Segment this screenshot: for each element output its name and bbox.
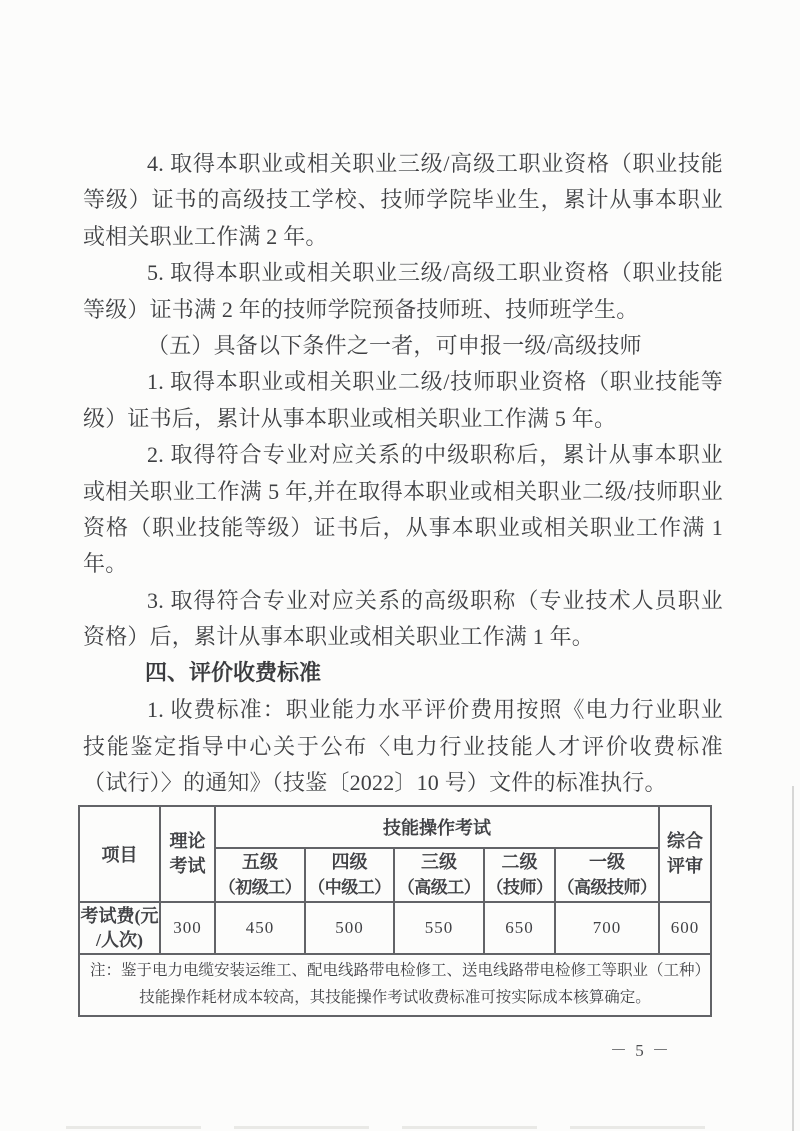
paragraph-item-5: 5. 取得本职业或相关职业三级/高级工职业资格（职业技能等级）证书满 2 年的技… (83, 255, 723, 328)
scan-artifact-bottom-edge (66, 1126, 726, 1129)
paragraph-fee-standard: 1. 收费标准：职业能力水平评价费用按照《电力行业职业技能鉴定指导中心关于公布〈… (83, 692, 723, 801)
fee-standard-table: 项目 理论 考试 技能操作考试 综合 评审 五级 （初级工） 四级 （ (78, 805, 712, 1017)
paragraph-item-4: 4. 取得本职业或相关职业三级/高级工职业资格（职业技能等级）证书的高级技工学校… (83, 146, 723, 255)
page-number: － 5 － (610, 1036, 671, 1061)
table-cell-level1-fee: 700 (555, 902, 659, 954)
table-note: 注：鉴于电力电缆安装运维工、配电线路带电检修工、送电线路带电检修工等职业（工种）… (79, 954, 711, 1016)
table-header-theory-exam: 理论 考试 (160, 806, 215, 902)
table-header-item: 项目 (79, 806, 160, 902)
paragraph-subsection-5: （五）具备以下条件之一者，可申报一级/高级技师 (83, 328, 723, 364)
table-header-review-line1: 综合 (660, 829, 710, 854)
table-cell-level3-fee: 550 (394, 902, 484, 954)
scan-artifact-right-edge (792, 786, 794, 1131)
table-header-level-4: 四级 （中级工） (305, 848, 394, 902)
table-header-skill-exam: 技能操作考试 (215, 806, 659, 848)
table-cell-theory-fee: 300 (160, 902, 215, 954)
table-header-theory-line2: 考试 (161, 854, 214, 879)
table-note-line1: 注：鉴于电力电缆安装运维工、配电线路带电检修工、送电线路带电检修工等职业（工种） (84, 957, 706, 984)
paragraph-condition-2: 2. 取得符合专业对应关系的中级职称后，累计从事本职业或相关职业工作满 5 年,… (83, 437, 723, 583)
table-header-level-5: 五级 （初级工） (215, 848, 305, 902)
paragraph-condition-1: 1. 取得本职业或相关职业二级/技师职业资格（职业技能等级）证书后，累计从事本职… (83, 364, 723, 437)
paragraph-condition-3: 3. 取得符合专业对应关系的高级职称（专业技术人员职业资格）后，累计从事本职业或… (83, 583, 723, 656)
table-cell-level5-fee: 450 (215, 902, 305, 954)
table-header-level-2: 二级 （技师） (484, 848, 555, 902)
table-row-exam-fee: 考试费(元 /人次) 300 450 500 550 650 700 600 (79, 902, 711, 954)
table-note-line2: 技能操作耗材成本较高，其技能操作考试收费标准可按实际成本核算确定。 (84, 984, 706, 1011)
table-cell-fee-label: 考试费(元 /人次) (79, 902, 160, 954)
section-heading-fees: 四、评价收费标准 (83, 656, 723, 692)
table-header-theory-line1: 理论 (161, 829, 214, 854)
scanned-document-page: 4. 取得本职业或相关职业三级/高级工职业资格（职业技能等级）证书的高级技工学校… (0, 0, 800, 1131)
table-cell-review-fee: 600 (659, 902, 711, 954)
document-content: 4. 取得本职业或相关职业三级/高级工职业资格（职业技能等级）证书的高级技工学校… (83, 146, 723, 1017)
table-cell-level4-fee: 500 (305, 902, 394, 954)
table-header-comprehensive-review: 综合 评审 (659, 806, 711, 902)
table-header-review-line2: 评审 (660, 854, 710, 879)
table-header-level-1: 一级 （高级技师） (555, 848, 659, 902)
table-header-level-3: 三级 （高级工） (394, 848, 484, 902)
table-cell-level2-fee: 650 (484, 902, 555, 954)
